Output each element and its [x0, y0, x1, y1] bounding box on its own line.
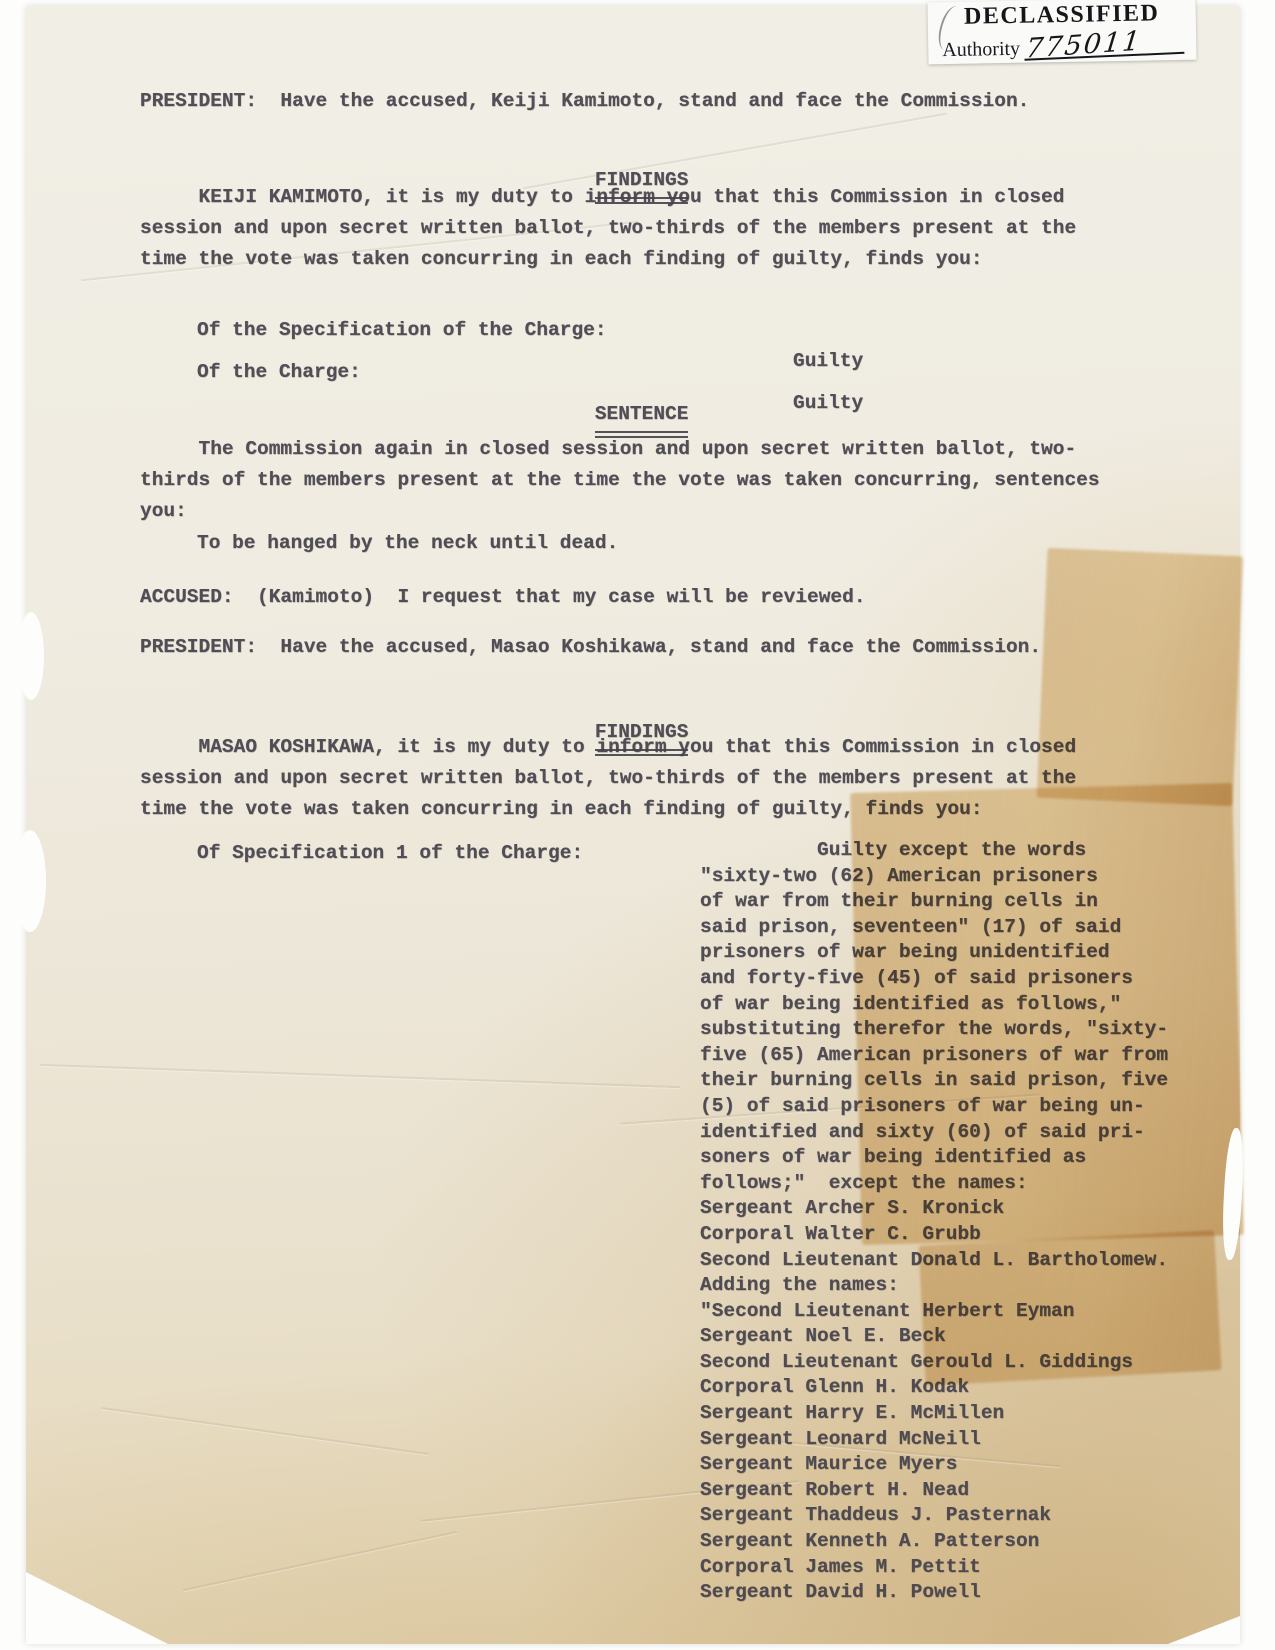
dialogue-line-president-kamimoto: PRESIDENT: Have the accused, Keiji Kamim…	[140, 86, 1029, 117]
tape-patch-lower	[919, 1230, 1222, 1385]
text-line: Sergeant Leonard McNeill	[700, 1427, 1168, 1453]
text-line: Sergeant Maurice Myers	[700, 1452, 1168, 1478]
crease-line	[40, 1064, 680, 1088]
text-line: Sergeant Kenneth A. Patterson	[700, 1529, 1168, 1555]
text-line: time the vote was taken concurring in ea…	[140, 244, 1076, 275]
text-line: Sergeant David H. Powell	[700, 1580, 1168, 1606]
scanned-document-page: PRESIDENT: Have the accused, Keiji Kamim…	[0, 0, 1275, 1650]
text-line: Sergeant Thaddeus J. Pasternak	[700, 1503, 1168, 1529]
dialogue-line-president-koshikawa: PRESIDENT: Have the accused, Masao Koshi…	[140, 632, 1041, 663]
torn-edge-left	[14, 830, 46, 932]
tape-patch-middle	[850, 783, 1244, 1245]
torn-edge-left	[18, 612, 44, 700]
text-line: you:	[140, 496, 1100, 527]
finding-value: Guilty	[793, 388, 863, 419]
tape-patch-upper	[1037, 548, 1244, 806]
dialogue-line-accused-kamimoto: ACCUSED: (Kamimoto) I request that my ca…	[140, 582, 866, 613]
text-line: MASAO KOSHIKAWA, it is my duty to inform…	[140, 732, 1076, 763]
text-line: thirds of the members present at the tim…	[140, 465, 1100, 496]
text-line: Sergeant Robert H. Nead	[700, 1478, 1168, 1504]
text-line: KEIJI KAMIMOTO, it is my duty to inform …	[140, 182, 1076, 213]
crease-line	[101, 1407, 428, 1455]
finding-label: Of the Charge:	[197, 357, 361, 388]
specification-1-label: Of Specification 1 of the Charge:	[197, 838, 583, 869]
sentence-text-line: To be hanged by the neck until dead.	[197, 528, 618, 559]
text-line: session and upon secret written ballot, …	[140, 763, 1076, 794]
sentence-paragraph: The Commission again in closed session a…	[140, 434, 1100, 527]
text-line: Corporal James M. Pettit	[700, 1555, 1168, 1581]
heading-text: SENTENCE	[595, 399, 689, 433]
crease-line	[183, 1531, 457, 1591]
kamimoto-findings-paragraph: KEIJI KAMIMOTO, it is my duty to inform …	[140, 182, 1076, 275]
text-line: session and upon secret written ballot, …	[140, 213, 1076, 244]
text-line: Sergeant Harry E. McMillen	[700, 1401, 1168, 1427]
text-line: The Commission again in closed session a…	[140, 434, 1100, 465]
